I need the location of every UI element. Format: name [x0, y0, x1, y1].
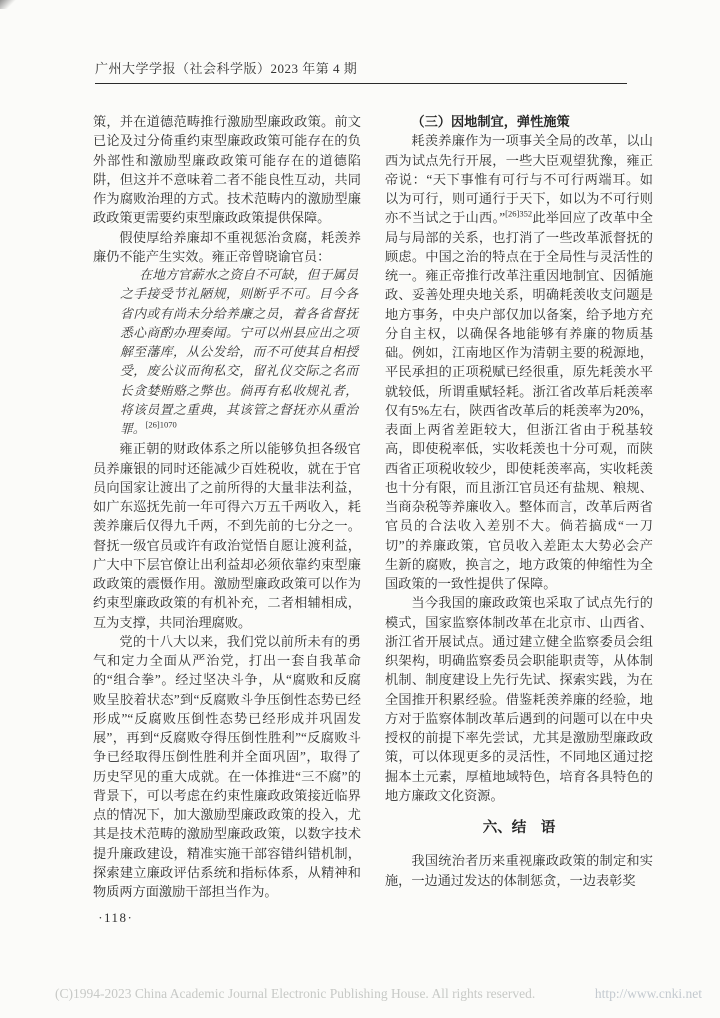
citation-ref: [26]352 [505, 209, 532, 219]
copyright-text: (C)1994-2023 China Academic Journal Elec… [55, 986, 535, 1002]
paragraph-fiscal-system: 雍正朝的财政体系之所以能够负担各级官员养廉银的同时还能减少百姓税收，就在于官员向… [93, 439, 361, 632]
right-column: （三）因地制宜，弹性施策 耗羡养廉作为一项事关全局的改革，以山西为试点先行开展，… [385, 112, 653, 928]
quote-text: 在地方官薪水之资自不可缺，但于属员之手接受节礼陋规，则断乎不可。目今各省内或有尚… [120, 268, 358, 436]
paragraph-supervision-reform: 当今我国的廉政政策也采取了试点先行的模式，国家监察体制改革在北京市、山西省、浙江… [385, 593, 653, 805]
block-quote: 在地方官薪水之资自不可缺，但于属员之手接受节礼陋规，则断乎不可。目今各省内或有尚… [120, 266, 358, 439]
citation-ref: [26]1070 [146, 420, 177, 430]
page-number: ·118· [93, 908, 361, 927]
paragraph-continuation: 策，并在道德范畴推行激励型廉政政策。前文已论及过分倚重约束型廉政政策可能存在的负… [93, 112, 361, 228]
header-rule [95, 83, 627, 84]
paragraph-text: 此举回应了改革中全局与局部的关系，也打消了一些改革派督抚的顾虑。中国之治的特点在… [385, 210, 653, 591]
left-column: 策，并在道德范畴推行激励型廉政政策。前文已论及过分倚重约束型廉政政策可能存在的负… [93, 112, 361, 928]
paragraph-lead-in: 假使厚给养廉却不重视惩治贪腐，耗羡养廉仍不能产生实效。雍正帝曾晓谕官员： [93, 228, 361, 267]
scan-artifact [0, 0, 16, 9]
section-heading-conclusion: 六、结 语 [385, 819, 653, 838]
section-heading-three: （三）因地制宜，弹性施策 [385, 112, 653, 131]
running-header: 广州大学学报（社会科学版）2023 年第 4 期 [95, 58, 627, 84]
cnki-watermark: (C)1994-2023 China Academic Journal Elec… [55, 986, 702, 1002]
cnki-url: http://www.cnki.net [595, 986, 702, 1002]
paragraph-party-congress: 党的十八大以来，我们党以前所未有的勇气和定力全面从严治党，打出一套自我革命的“组… [93, 632, 361, 902]
paragraph-conclusion: 我国统治者历来重视廉政政策的制定和实施，一边通过发达的体制惩贪，一边表彰奖 [385, 851, 653, 890]
article-body: 策，并在道德范畴推行激励型廉政政策。前文已论及过分倚重约束型廉政政策可能存在的负… [93, 112, 653, 928]
journal-title: 广州大学学报（社会科学版）2023 年第 4 期 [95, 58, 627, 77]
paragraph-pilot-reform: 耗羡养廉作为一项事关全局的改革，以山西为试点先行开展，一些大臣观望犹豫，雍正帝说… [385, 131, 653, 593]
